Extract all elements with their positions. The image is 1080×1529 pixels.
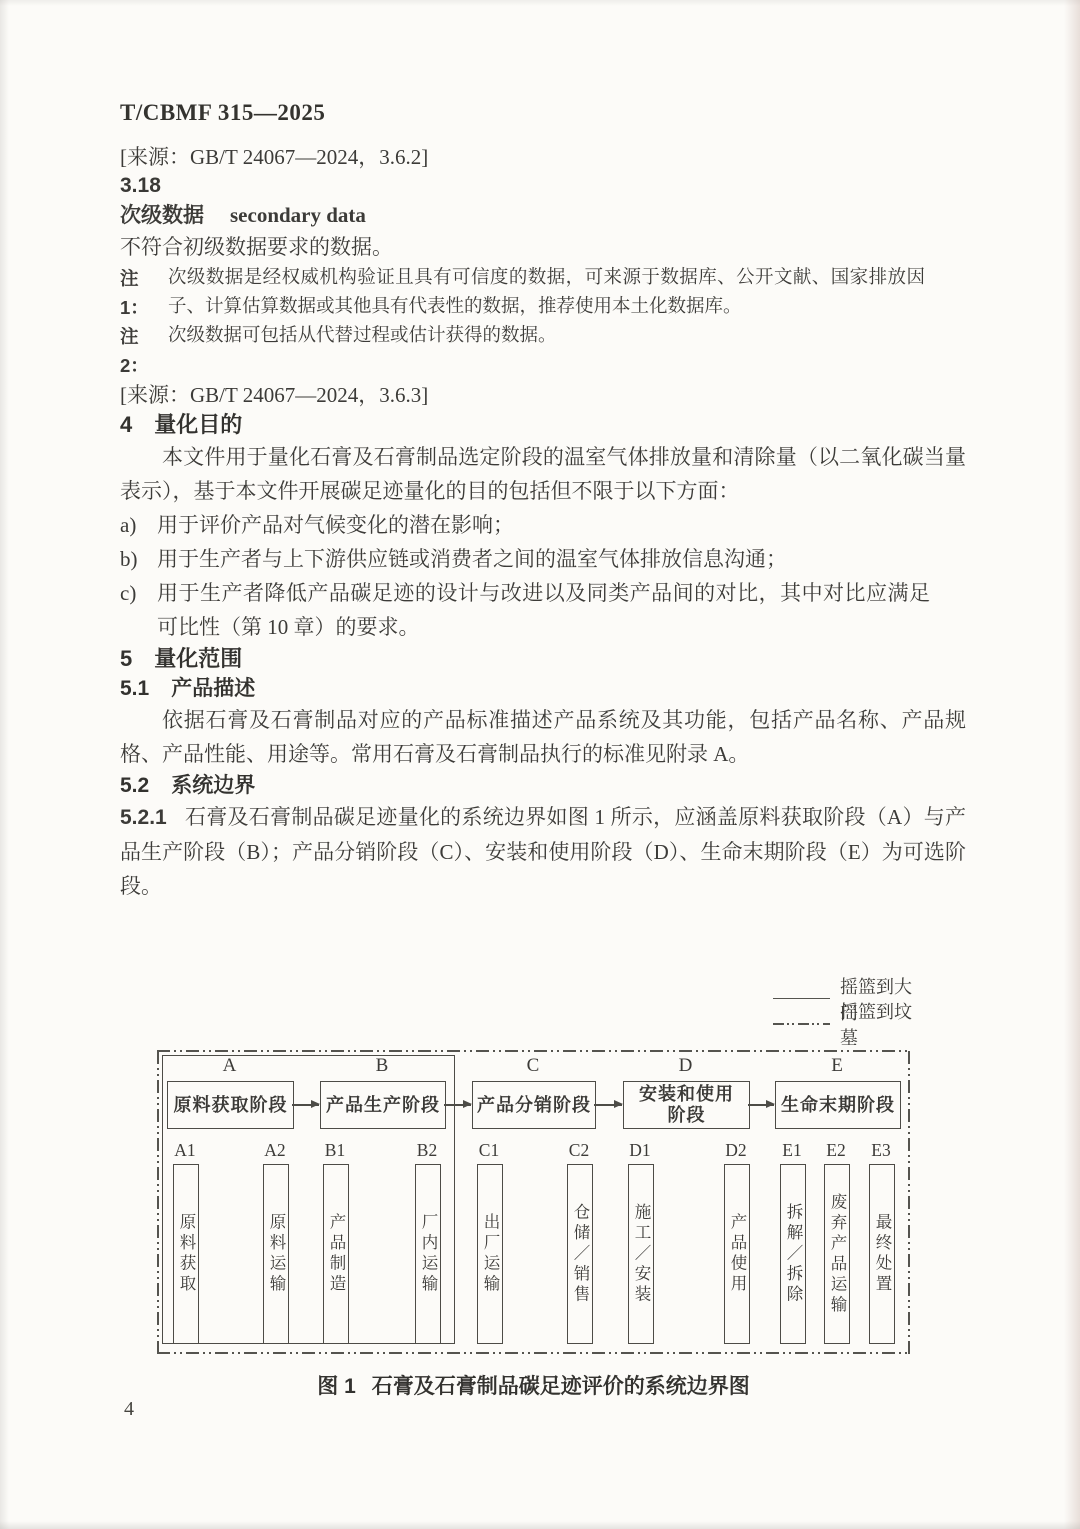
- substage-d2-label: 产品使用: [725, 1213, 749, 1295]
- cradle-to-grave-boundary-top: [157, 1050, 910, 1052]
- section-5-2-number: 5.2: [120, 774, 149, 797]
- substage-d1-id: D1: [616, 1140, 664, 1161]
- source-reference-362: [来源：GB/T 24067—2024，3.6.2]: [120, 142, 966, 172]
- arrow-b-to-c: [444, 1104, 471, 1106]
- term-chinese: 次级数据: [120, 204, 204, 227]
- section-5-number: 5: [120, 646, 132, 671]
- page-number: 4: [124, 1398, 134, 1421]
- scan-edge-bottom: [0, 1521, 1080, 1529]
- note-1-text: 次级数据是经权威机构验证且具有可信度的数据，可来源于数据库、公开文献、国家排放因…: [168, 264, 925, 322]
- stage-box-b: 产品生产阶段: [320, 1081, 446, 1129]
- substage-b2-label: 厂内运输: [416, 1213, 440, 1295]
- standard-number: T/CBMF 315—2025: [120, 100, 325, 126]
- stage-box-a-label: 原料获取阶段: [174, 1095, 288, 1116]
- list-item-a-text: 用于评价产品对气候变化的潜在影响；: [157, 508, 930, 542]
- section-5-heading: 5量化范围: [120, 644, 966, 674]
- source-reference-363: [来源：GB/T 24067—2024，3.6.3]: [120, 380, 966, 410]
- page-body: [来源：GB/T 24067—2024，3.6.2] 3.18 次级数据seco…: [120, 142, 966, 903]
- list-item-b-label: b): [120, 542, 157, 576]
- substage-e1-box: 拆解／拆除: [780, 1164, 806, 1344]
- arrow-c-to-d: [594, 1104, 622, 1106]
- term-english: secondary data: [230, 203, 366, 227]
- figure-legend: 摇篮到大门 摇篮到坟墓: [773, 986, 912, 1036]
- substage-c1-id: C1: [465, 1140, 513, 1161]
- substage-b1-label: 产品制造: [324, 1213, 348, 1295]
- section-5-1-title: 产品描述: [171, 677, 255, 700]
- figure-caption-text: 石膏及石膏制品碳足迹评价的系统边界图: [372, 1375, 750, 1398]
- cradle-to-grave-boundary-right: [908, 1050, 910, 1354]
- substage-e1-label: 拆解／拆除: [781, 1203, 805, 1306]
- figure-caption: 图 1石膏及石膏制品碳足迹评价的系统边界图: [155, 1370, 912, 1400]
- substage-b2-box: 厂内运输: [415, 1164, 441, 1344]
- note-1-label: 注 1：: [120, 264, 168, 322]
- list-item-b-text: 用于生产者与上下游供应链或消费者之间的温室气体排放信息沟通；: [157, 542, 930, 576]
- scan-edge-left: [0, 0, 9, 1529]
- list-item-c-label: c): [120, 576, 157, 644]
- substage-c1-label: 出厂运输: [478, 1213, 502, 1295]
- cradle-to-grave-boundary-bottom: [157, 1352, 910, 1354]
- legend-row-cradle-to-grave: 摇篮到坟墓: [773, 1011, 912, 1036]
- substage-c1-box: 出厂运输: [477, 1164, 503, 1344]
- section-5-2-1-number: 5.2.1: [120, 806, 167, 829]
- stage-box-c: 产品分销阶段: [472, 1081, 596, 1129]
- stage-letter-b: B: [320, 1055, 444, 1077]
- note-1: 注 1： 次级数据是经权威机构验证且具有可信度的数据，可来源于数据库、公开文献、…: [120, 264, 925, 322]
- arrow-d-to-e: [748, 1104, 774, 1106]
- section-5-title: 量化范围: [154, 646, 242, 671]
- stage-box-c-label: 产品分销阶段: [477, 1095, 591, 1116]
- legend-label-cradle-to-grave: 摇篮到坟墓: [840, 998, 912, 1050]
- substage-c2-box: 仓储／销售: [567, 1164, 593, 1344]
- substage-e2-label: 废弃产品运输: [825, 1193, 849, 1316]
- note-2: 注 2： 次级数据可包括从代替过程或估计获得的数据。: [120, 322, 925, 380]
- term-definition: 不符合初级数据要求的数据。: [120, 231, 966, 264]
- stage-letter-c: C: [472, 1055, 594, 1077]
- stage-letter-a: A: [167, 1055, 292, 1077]
- stage-box-e-label: 生命末期阶段: [781, 1095, 895, 1116]
- section-4-heading: 4量化目的: [120, 410, 966, 440]
- substage-a1-box: 原料获取: [173, 1164, 199, 1344]
- section-5-2-1-paragraph: 5.2.1石膏及石膏制品碳足迹量化的系统边界如图 1 所示，应涵盖原料获取阶段（…: [120, 800, 966, 903]
- substage-e3-id: E3: [857, 1140, 905, 1161]
- list-item-a-label: a): [120, 508, 157, 542]
- substage-d1-label: 施工／安装: [629, 1203, 653, 1306]
- list-item-c-text: 用于生产者降低产品碳足迹的设计与改进以及同类产品间的对比，其中对比应满足可比性（…: [157, 576, 930, 644]
- figure-1: 摇篮到大门 摇篮到坟墓 A B C D E 原料获取阶段 产品生产阶段 产品分销…: [155, 986, 912, 1426]
- substage-b1-id: B1: [311, 1140, 359, 1161]
- section-5-1-paragraph: 依据石膏及石膏制品对应的产品标准描述产品系统及其功能，包括产品名称、产品规格、产…: [120, 703, 966, 771]
- substage-e3-box: 最终处置: [869, 1164, 895, 1344]
- figure-caption-number: 图 1: [317, 1375, 356, 1398]
- substage-b1-box: 产品制造: [323, 1164, 349, 1344]
- substage-b2-id: B2: [403, 1140, 451, 1161]
- substage-d2-id: D2: [712, 1140, 760, 1161]
- note-2-text: 次级数据可包括从代替过程或估计获得的数据。: [168, 322, 925, 380]
- list-item-a: a) 用于评价产品对气候变化的潜在影响；: [120, 508, 930, 542]
- stage-box-b-label: 产品生产阶段: [326, 1095, 440, 1116]
- section-5-1-number: 5.1: [120, 677, 149, 700]
- substage-a2-id: A2: [251, 1140, 299, 1161]
- document-page: T/CBMF 315—2025 [来源：GB/T 24067—2024，3.6.…: [0, 0, 1080, 1529]
- substage-a1-label: 原料获取: [174, 1213, 198, 1295]
- substage-a2-box: 原料运输: [263, 1164, 289, 1344]
- substage-a1-id: A1: [161, 1140, 209, 1161]
- solid-line-sample: [773, 998, 830, 1000]
- stage-box-e: 生命末期阶段: [775, 1081, 901, 1129]
- cradle-to-grave-boundary-left: [157, 1050, 159, 1354]
- note-2-label: 注 2：: [120, 322, 168, 380]
- section-4-paragraph: 本文件用于量化石膏及石膏制品选定阶段的温室气体排放量和清除量（以二氧化碳当量表示…: [120, 440, 966, 508]
- scan-edge-right: [1064, 0, 1080, 1529]
- substage-e3-label: 最终处置: [870, 1213, 894, 1295]
- stage-letter-e: E: [775, 1055, 899, 1077]
- stage-box-d: 安装和使用 阶段: [623, 1081, 750, 1129]
- substage-e2-box: 废弃产品运输: [824, 1164, 850, 1344]
- substage-a2-label: 原料运输: [264, 1213, 288, 1295]
- section-5-1-heading: 5.1产品描述: [120, 674, 966, 703]
- substage-c2-id: C2: [555, 1140, 603, 1161]
- term-title: 次级数据secondary data: [120, 200, 966, 231]
- section-4-number: 4: [120, 412, 132, 437]
- section-5-2-heading: 5.2系统边界: [120, 771, 966, 800]
- stage-letter-d: D: [623, 1055, 748, 1077]
- dash-dot-line-sample: [773, 1023, 830, 1025]
- substage-d1-box: 施工／安装: [628, 1164, 654, 1344]
- clause-number-3-18: 3.18: [120, 172, 966, 200]
- list-item-c: c) 用于生产者降低产品碳足迹的设计与改进以及同类产品间的对比，其中对比应满足可…: [120, 576, 930, 644]
- substage-c2-label: 仓储／销售: [568, 1203, 592, 1306]
- arrow-a-to-b: [292, 1104, 319, 1106]
- stage-box-d-label: 安装和使用 阶段: [639, 1084, 734, 1126]
- list-item-b: b) 用于生产者与上下游供应链或消费者之间的温室气体排放信息沟通；: [120, 542, 930, 576]
- section-4-title: 量化目的: [154, 412, 242, 437]
- stage-box-a: 原料获取阶段: [167, 1081, 294, 1129]
- section-5-2-1-text: 石膏及石膏制品碳足迹量化的系统边界如图 1 所示，应涵盖原料获取阶段（A）与产品…: [120, 805, 966, 898]
- system-boundary-diagram: A B C D E 原料获取阶段 产品生产阶段 产品分销阶段 安装和使用 阶段 …: [155, 1048, 912, 1356]
- substage-e1-id: E1: [768, 1140, 816, 1161]
- section-5-2-title: 系统边界: [171, 774, 255, 797]
- substage-d2-box: 产品使用: [724, 1164, 750, 1344]
- scan-edge-top: [0, 0, 1080, 6]
- substage-e2-id: E2: [812, 1140, 860, 1161]
